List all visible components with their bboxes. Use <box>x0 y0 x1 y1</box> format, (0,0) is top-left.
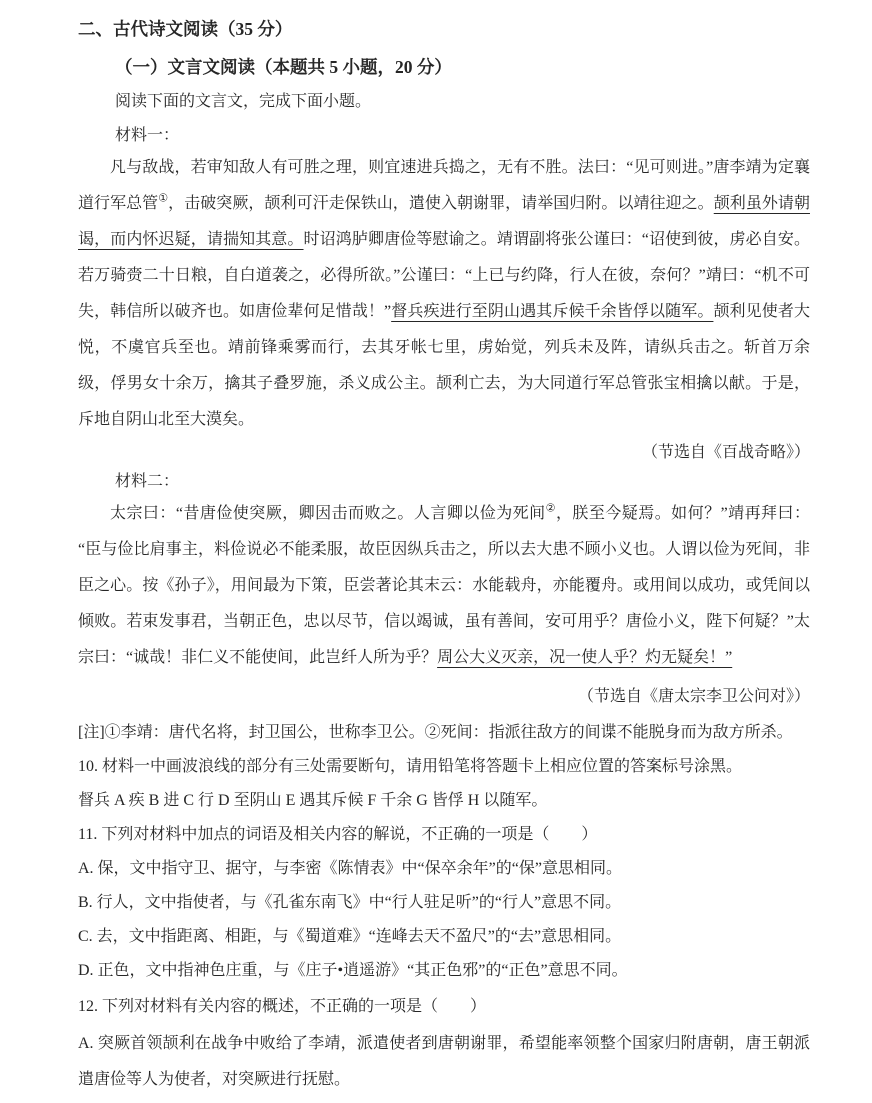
material-one-text-after-sup: ，击破突厥，颉利可汗走保铁山，遣使入朝谢罪，请举国归附。以靖往迎之。 <box>168 195 714 212</box>
question-12-stem: 12. 下列对材料有关内容的概述，不正确的一项是（ ） <box>78 990 810 1024</box>
question-10-segmentation-line: 督兵 A 疾 B 进 C 行 D 至阴山 E 遇其斥候 F 千余 G 皆俘 H … <box>78 784 810 818</box>
question-12-option-a: A. 突厥首领颉利在战争中败给了李靖，派遣使者到唐朝谢罪，希望能率领整个国家归附… <box>78 1026 810 1098</box>
question-11-stem: 11. 下列对材料中加点的词语及相关内容的解说，不正确的一项是（ ） <box>78 818 810 852</box>
question-11-option-d: D. 正色，文中指神色庄重，与《庄子•逍遥游》“其正色邪”的“正色”意思不同。 <box>78 954 810 988</box>
material-one-text-closing: 颉利见使者大悦，不虞官兵至也。靖前锋乘雾而行，去其牙帐七里，虏始觉，列兵未及阵，… <box>78 303 810 428</box>
footnotes: [注]①李靖：唐代名将，封卫国公，世称李卫公。②死间：指派往敌方的间谍不能脱身而… <box>78 716 810 750</box>
material-two-source: （节选自《唐太宗李卫公问对》） <box>78 682 810 712</box>
section-heading: 二、古代诗文阅读（35 分） <box>78 16 810 42</box>
question-10-stem: 10. 材料一中画波浪线的部分有三处需要断句，请用铅笔将答题卡上相应位置的答案标… <box>78 750 810 784</box>
material-one-source: （节选自《百战奇略》） <box>78 438 810 468</box>
material-two-paragraph: 太宗曰：“昔唐俭使突厥，卿因击而败之。人言卿以俭为死间②，朕至今疑焉。如何？”靖… <box>78 496 810 676</box>
material-one-underlined-segment-2: 督兵疾进行至阴山遇其斥候千余皆俘以随军。 <box>391 303 713 320</box>
subsection-heading: （一）文言文阅读（本题共 5 小题，20 分） <box>78 54 810 80</box>
exam-paper-page: 二、古代诗文阅读（35 分） （一）文言文阅读（本题共 5 小题，20 分） 阅… <box>0 0 872 1103</box>
material-two-text-after-sup: ，朕至今疑焉。如何？”靖再拜曰：“臣与俭比肩事主，料俭说必不能柔服，故臣因纵兵击… <box>78 505 810 666</box>
footnote-marker-2: ② <box>546 503 556 515</box>
footnote-marker-1: ① <box>158 193 168 205</box>
question-11-option-c: C. 去，文中指距离、相距，与《蜀道难》“连峰去天不盈尺”的“去”意思相同。 <box>78 920 810 954</box>
material-two-text-opening: 太宗曰：“昔唐俭使突厥，卿因击而败之。人言卿以俭为死间 <box>110 505 546 522</box>
material-two-label: 材料二： <box>78 470 810 494</box>
material-two-underlined-segment: 周公大义灭亲，况一使人乎？灼无疑矣！” <box>437 649 732 666</box>
material-one-label: 材料一： <box>78 124 810 148</box>
question-11-option-a: A. 保，文中指守卫、据守，与李密《陈情表》中“保卒余年”的“保”意思相同。 <box>78 852 810 886</box>
question-11-option-b: B. 行人，文中指使者，与《孔雀东南飞》中“行人驻足听”的“行人”意思不同。 <box>78 886 810 920</box>
material-one-paragraph: 凡与敌战，若审知敌人有可胜之理，则宜速进兵捣之，无有不胜。法曰：“见可则进。”唐… <box>78 150 810 438</box>
reading-instruction: 阅读下面的文言文，完成下面小题。 <box>78 90 810 114</box>
